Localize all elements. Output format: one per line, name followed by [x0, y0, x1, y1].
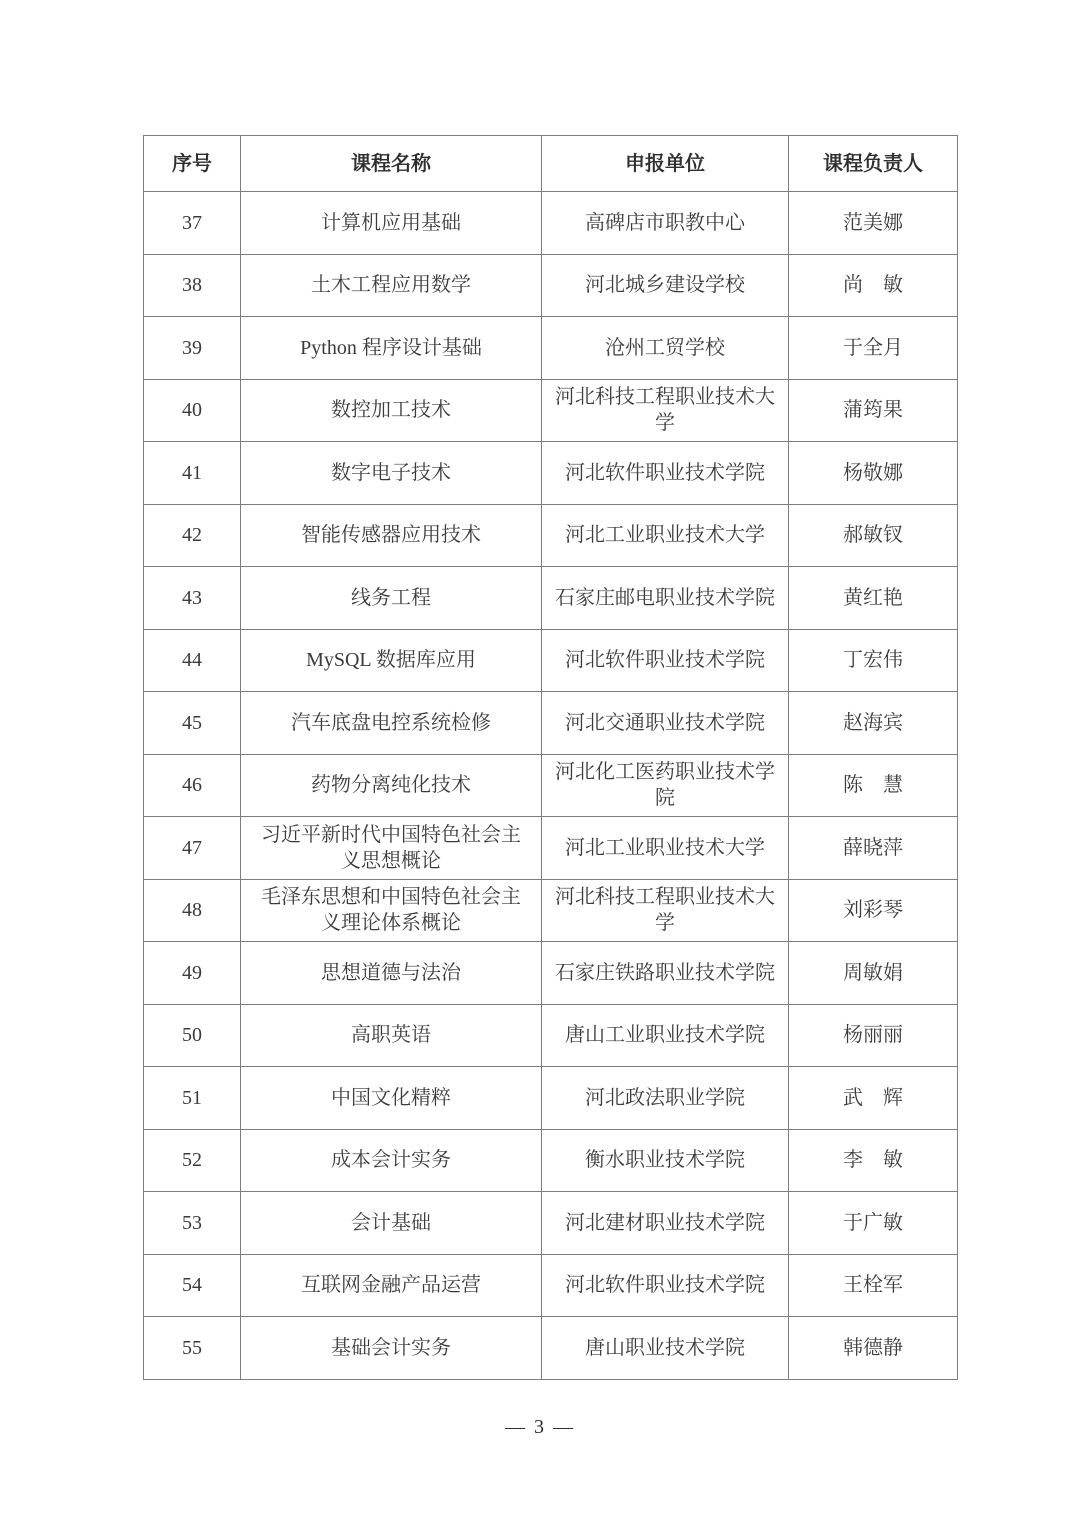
- cell-course-leader: 于广敏: [789, 1192, 958, 1255]
- cell-applying-unit: 石家庄邮电职业技术学院: [542, 567, 789, 630]
- cell-course-leader: 赵海宾: [789, 692, 958, 755]
- cell-serial-number: 47: [144, 817, 241, 880]
- cell-serial-number: 50: [144, 1004, 241, 1067]
- cell-serial-number: 49: [144, 942, 241, 1005]
- cell-course-leader: 武 辉: [789, 1067, 958, 1130]
- table-row: 51 中国文化精粹 河北政法职业学院 武 辉: [144, 1067, 958, 1130]
- cell-course-leader: 薛晓萍: [789, 817, 958, 880]
- cell-applying-unit: 唐山职业技术学院: [542, 1317, 789, 1380]
- cell-course-name: 基础会计实务: [241, 1317, 542, 1380]
- cell-serial-number: 39: [144, 317, 241, 380]
- cell-applying-unit: 河北科技工程职业技术大学: [542, 879, 789, 942]
- cell-course-name: 数字电子技术: [241, 442, 542, 505]
- table-row: 53 会计基础 河北建材职业技术学院 于广敏: [144, 1192, 958, 1255]
- cell-serial-number: 53: [144, 1192, 241, 1255]
- header-applying-unit: 申报单位: [542, 136, 789, 192]
- cell-course-leader: 刘彩琴: [789, 879, 958, 942]
- cell-course-name: MySQL 数据库应用: [241, 629, 542, 692]
- cell-course-name: 会计基础: [241, 1192, 542, 1255]
- cell-serial-number: 40: [144, 379, 241, 442]
- cell-applying-unit: 石家庄铁路职业技术学院: [542, 942, 789, 1005]
- table-row: 41 数字电子技术 河北软件职业技术学院 杨敬娜: [144, 442, 958, 505]
- cell-applying-unit: 衡水职业技术学院: [542, 1129, 789, 1192]
- table-row: 40 数控加工技术 河北科技工程职业技术大学 蒲筠果: [144, 379, 958, 442]
- cell-applying-unit: 河北化工医药职业技术学院: [542, 754, 789, 817]
- cell-serial-number: 44: [144, 629, 241, 692]
- cell-serial-number: 54: [144, 1254, 241, 1317]
- table-row: 54 互联网金融产品运营 河北软件职业技术学院 王栓军: [144, 1254, 958, 1317]
- cell-applying-unit: 河北城乡建设学校: [542, 254, 789, 317]
- cell-applying-unit: 高碑店市职教中心: [542, 192, 789, 255]
- cell-serial-number: 42: [144, 504, 241, 567]
- table-row: 42 智能传感器应用技术 河北工业职业技术大学 郝敏钗: [144, 504, 958, 567]
- cell-course-leader: 黄红艳: [789, 567, 958, 630]
- cell-serial-number: 48: [144, 879, 241, 942]
- header-course-name: 课程名称: [241, 136, 542, 192]
- cell-course-leader: 杨敬娜: [789, 442, 958, 505]
- header-serial-number: 序号: [144, 136, 241, 192]
- table-row: 55 基础会计实务 唐山职业技术学院 韩德静: [144, 1317, 958, 1380]
- cell-course-leader: 陈 慧: [789, 754, 958, 817]
- cell-course-name: 习近平新时代中国特色社会主义思想概论: [241, 817, 542, 880]
- cell-course-name: 思想道德与法治: [241, 942, 542, 1005]
- cell-applying-unit: 沧州工贸学校: [542, 317, 789, 380]
- table-row: 38 土木工程应用数学 河北城乡建设学校 尚 敏: [144, 254, 958, 317]
- cell-course-name: 土木工程应用数学: [241, 254, 542, 317]
- cell-course-leader: 丁宏伟: [789, 629, 958, 692]
- header-course-leader: 课程负责人: [789, 136, 958, 192]
- cell-serial-number: 51: [144, 1067, 241, 1130]
- cell-course-name: 毛泽东思想和中国特色社会主义理论体系概论: [241, 879, 542, 942]
- table-row: 52 成本会计实务 衡水职业技术学院 李 敏: [144, 1129, 958, 1192]
- cell-course-name: 高职英语: [241, 1004, 542, 1067]
- cell-course-name: 汽车底盘电控系统检修: [241, 692, 542, 755]
- cell-serial-number: 45: [144, 692, 241, 755]
- cell-course-leader: 周敏娟: [789, 942, 958, 1005]
- cell-serial-number: 38: [144, 254, 241, 317]
- cell-applying-unit: 河北科技工程职业技术大学: [542, 379, 789, 442]
- cell-applying-unit: 河北软件职业技术学院: [542, 1254, 789, 1317]
- cell-course-leader: 尚 敏: [789, 254, 958, 317]
- table-row: 37 计算机应用基础 高碑店市职教中心 范美娜: [144, 192, 958, 255]
- table-row: 44 MySQL 数据库应用 河北软件职业技术学院 丁宏伟: [144, 629, 958, 692]
- table-row: 45 汽车底盘电控系统检修 河北交通职业技术学院 赵海宾: [144, 692, 958, 755]
- cell-applying-unit: 河北工业职业技术大学: [542, 817, 789, 880]
- table-row: 46 药物分离纯化技术 河北化工医药职业技术学院 陈 慧: [144, 754, 958, 817]
- table-row: 43 线务工程 石家庄邮电职业技术学院 黄红艳: [144, 567, 958, 630]
- cell-course-name: 互联网金融产品运营: [241, 1254, 542, 1317]
- table-body: 37 计算机应用基础 高碑店市职教中心 范美娜 38 土木工程应用数学 河北城乡…: [144, 192, 958, 1380]
- cell-course-leader: 于全月: [789, 317, 958, 380]
- page-number: — 3 —: [0, 1416, 1080, 1439]
- cell-course-name: 智能传感器应用技术: [241, 504, 542, 567]
- cell-serial-number: 37: [144, 192, 241, 255]
- cell-course-leader: 王栓军: [789, 1254, 958, 1317]
- cell-course-name: Python 程序设计基础: [241, 317, 542, 380]
- cell-course-leader: 李 敏: [789, 1129, 958, 1192]
- cell-serial-number: 43: [144, 567, 241, 630]
- cell-applying-unit: 河北软件职业技术学院: [542, 629, 789, 692]
- cell-applying-unit: 河北工业职业技术大学: [542, 504, 789, 567]
- cell-applying-unit: 唐山工业职业技术学院: [542, 1004, 789, 1067]
- cell-course-leader: 蒲筠果: [789, 379, 958, 442]
- document-page: 序号 课程名称 申报单位 课程负责人 37 计算机应用基础 高碑店市职教中心 范…: [0, 0, 1080, 1528]
- cell-course-name: 计算机应用基础: [241, 192, 542, 255]
- cell-course-leader: 范美娜: [789, 192, 958, 255]
- cell-applying-unit: 河北交通职业技术学院: [542, 692, 789, 755]
- cell-course-name: 数控加工技术: [241, 379, 542, 442]
- cell-applying-unit: 河北建材职业技术学院: [542, 1192, 789, 1255]
- table-row: 49 思想道德与法治 石家庄铁路职业技术学院 周敏娟: [144, 942, 958, 1005]
- cell-course-name: 成本会计实务: [241, 1129, 542, 1192]
- cell-course-leader: 韩德静: [789, 1317, 958, 1380]
- cell-serial-number: 52: [144, 1129, 241, 1192]
- cell-course-name: 药物分离纯化技术: [241, 754, 542, 817]
- table-row: 47 习近平新时代中国特色社会主义思想概论 河北工业职业技术大学 薛晓萍: [144, 817, 958, 880]
- cell-applying-unit: 河北政法职业学院: [542, 1067, 789, 1130]
- cell-serial-number: 55: [144, 1317, 241, 1380]
- cell-course-name: 线务工程: [241, 567, 542, 630]
- cell-course-leader: 郝敏钗: [789, 504, 958, 567]
- cell-serial-number: 41: [144, 442, 241, 505]
- table-row: 39 Python 程序设计基础 沧州工贸学校 于全月: [144, 317, 958, 380]
- course-approval-table: 序号 课程名称 申报单位 课程负责人 37 计算机应用基础 高碑店市职教中心 范…: [143, 135, 958, 1380]
- cell-applying-unit: 河北软件职业技术学院: [542, 442, 789, 505]
- cell-course-name: 中国文化精粹: [241, 1067, 542, 1130]
- cell-course-leader: 杨丽丽: [789, 1004, 958, 1067]
- table-row: 48 毛泽东思想和中国特色社会主义理论体系概论 河北科技工程职业技术大学 刘彩琴: [144, 879, 958, 942]
- table-header-row: 序号 课程名称 申报单位 课程负责人: [144, 136, 958, 192]
- cell-serial-number: 46: [144, 754, 241, 817]
- table-row: 50 高职英语 唐山工业职业技术学院 杨丽丽: [144, 1004, 958, 1067]
